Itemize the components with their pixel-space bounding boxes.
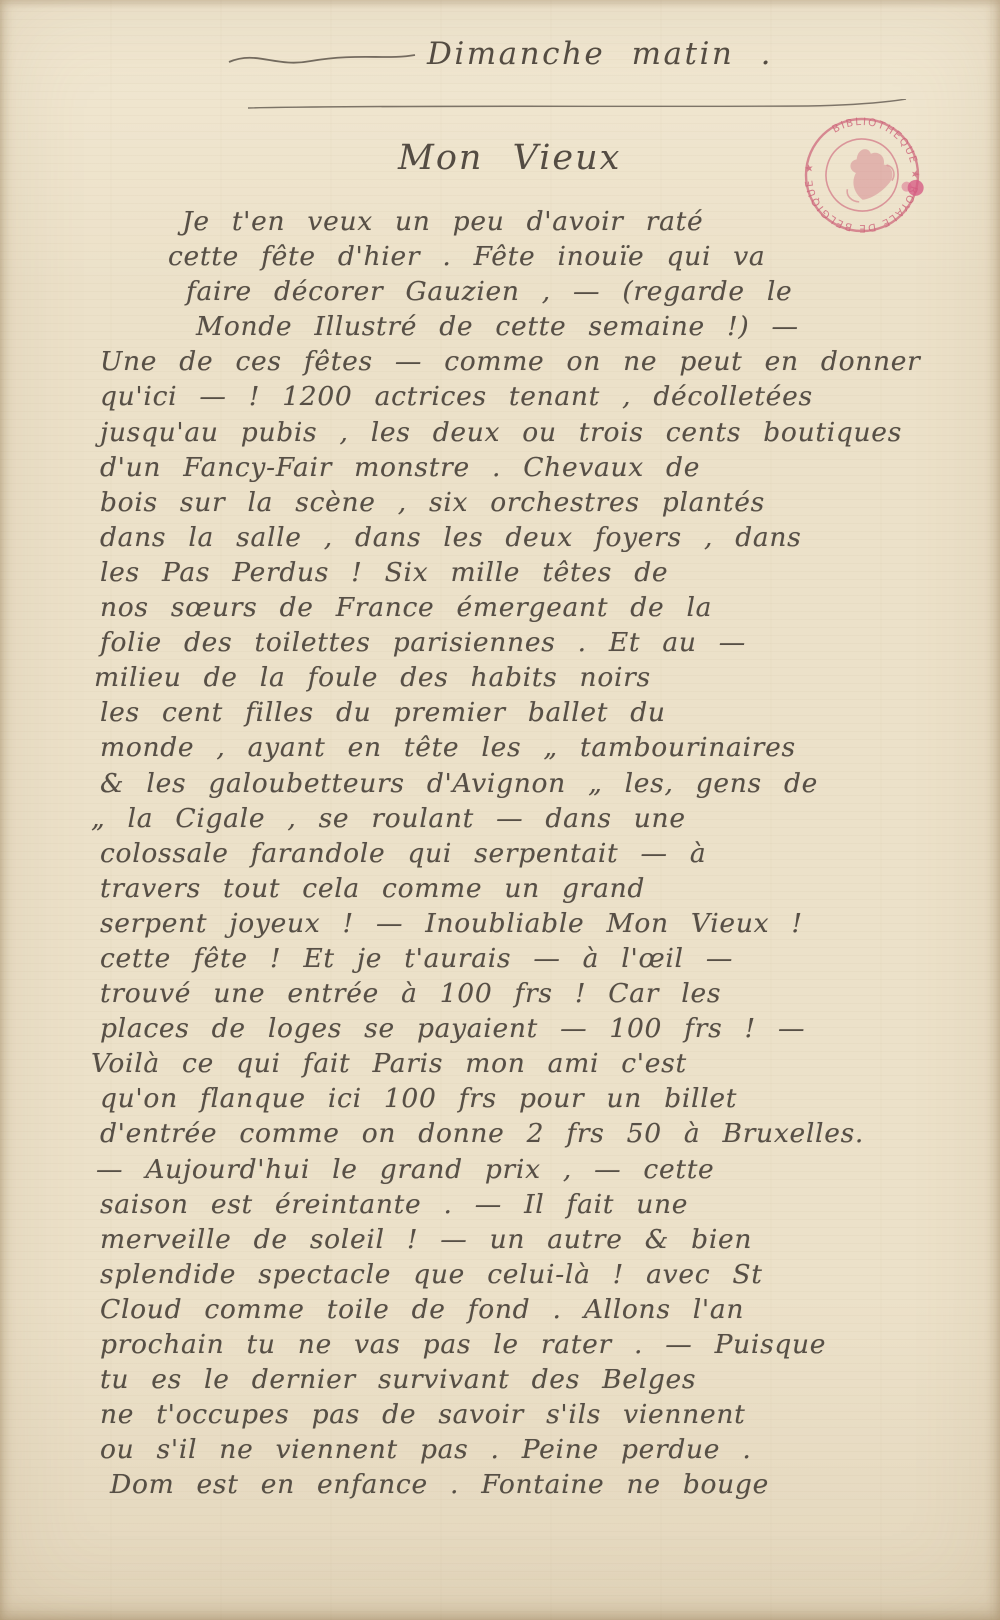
letter-line: Je t'en veux un peu d'avoir raté [182,204,980,239]
manuscript-letter-page: Dimanche matin . BIBLIOTHEQUE ★ ROYALE D… [0,0,1000,1620]
letter-line: Monde Illustré de cette semaine !) — [196,309,980,344]
letter-line: bois sur la scène , six orchestres plant… [100,485,980,520]
letter-line: travers tout cela comme un grand [100,871,980,906]
letter-line: Une de ces fêtes — comme on ne peut en d… [100,344,980,379]
dateline: Dimanche matin . [0,36,1000,72]
letter-line: dans la salle , dans les deux foyers , d… [100,520,980,555]
letter-line: trouvé une entrée à 100 frs ! Car les [100,976,980,1011]
letter-line: d'un Fancy-Fair monstre . Chevaux de [100,450,980,485]
salutation: Mon Vieux [398,138,621,178]
letter-line: milieu de la foule des habits noirs [94,660,980,695]
letter-line: les Pas Perdus ! Six mille têtes de [100,555,980,590]
letter-line: Cloud comme toile de fond . Allons l'an [100,1292,980,1327]
letter-line: serpent joyeux ! — Inoubliable Mon Vieux… [100,906,980,941]
letter-line: nos sœurs de France émergeant de la [100,590,980,625]
letter-line: — Aujourd'hui le grand prix , — cette [96,1152,980,1187]
letter-line: les cent filles du premier ballet du [100,695,980,730]
letter-line: ne t'occupes pas de savoir s'ils viennen… [100,1397,980,1432]
letter-line: „ la Cigale , se roulant — dans une [91,801,980,836]
letter-line: d'entrée comme on donne 2 frs 50 à Bruxe… [100,1116,980,1151]
letter-line: tu es le dernier survivant des Belges [100,1362,980,1397]
letter-line: Dom est en enfance . Fontaine ne bouge [110,1467,980,1502]
letter-line: jusqu'au pubis , les deux ou trois cents… [100,415,980,450]
header-underline [248,99,908,113]
letter-line: folie des toilettes parisiennes . Et au … [100,625,980,660]
letter-line: saison est éreintante . — Il fait une [100,1187,980,1222]
letter-line: faire décorer Gauzien , — (regarde le [186,274,980,309]
letter-body: Je t'en veux un peu d'avoir ratécette fê… [100,204,980,1502]
letter-line: places de loges se payaient — 100 frs ! … [100,1011,980,1046]
letter-line: ou s'il ne viennent pas . Peine perdue . [100,1432,980,1467]
letter-line: splendide spectacle que celui-là ! avec … [100,1257,980,1292]
letter-line: colossale farandole qui serpentait — à [100,836,980,871]
letter-line: prochain tu ne vas pas le rater . — Puis… [100,1327,980,1362]
letter-line: monde , ayant en tête les „ tambourinair… [100,730,980,765]
letter-line: qu'ici — ! 1200 actrices tenant , décoll… [100,379,980,414]
letter-line: merveille de soleil ! — un autre & bien [100,1222,980,1257]
letter-line: qu'on flanque ici 100 frs pour un billet [100,1081,980,1116]
letter-line: Voilà ce qui fait Paris mon ami c'est [91,1046,980,1081]
flourish-line-icon [227,48,417,70]
letter-line: cette fête d'hier . Fête inouïe qui va [168,239,980,274]
letter-line: cette fête ! Et je t'aurais — à l'œil — [100,941,980,976]
dateline-text: Dimanche matin . [427,36,773,72]
letter-line: & les galoubetteurs d'Avignon „ les, gen… [100,766,980,801]
